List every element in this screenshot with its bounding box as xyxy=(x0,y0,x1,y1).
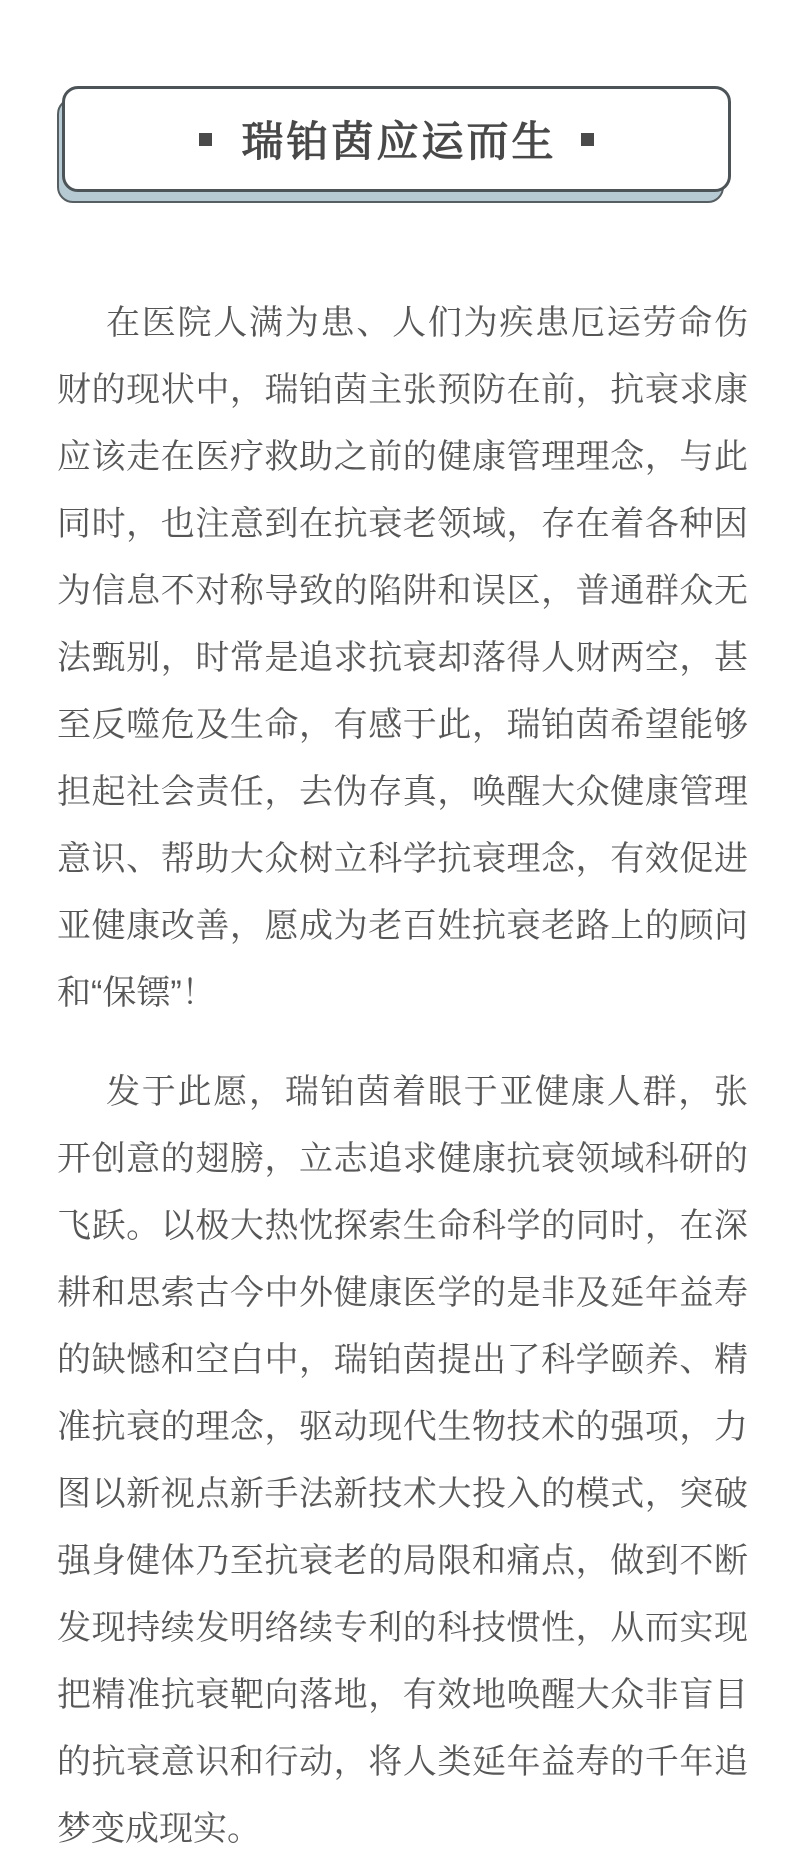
banner-front-layer: 瑞铂茵应运而生 xyxy=(62,86,731,192)
paragraph-2: 发于此愿，瑞铂茵着眼于亚健康人群，张开创意的翅膀，立志追求健康抗衰领域科研的飞跃… xyxy=(57,1059,748,1857)
paragraph-1: 在医院人满为患、人们为疾患厄运劳命伤财的现状中，瑞铂茵主张预防在前，抗衰求康应该… xyxy=(57,290,748,1027)
title-banner: 瑞铂茵应运而生 xyxy=(62,86,731,192)
article-page: 瑞铂茵应运而生 在医院人满为患、人们为疾患厄运劳命伤财的现状中，瑞铂茵主张预防在… xyxy=(0,0,802,1857)
article-body: 在医院人满为患、人们为疾患厄运劳命伤财的现状中，瑞铂茵主张预防在前，抗衰求康应该… xyxy=(57,290,748,1857)
page-title: 瑞铂茵应运而生 xyxy=(241,109,556,169)
square-bullet-right-icon xyxy=(581,133,594,146)
square-bullet-left-icon xyxy=(199,133,212,146)
